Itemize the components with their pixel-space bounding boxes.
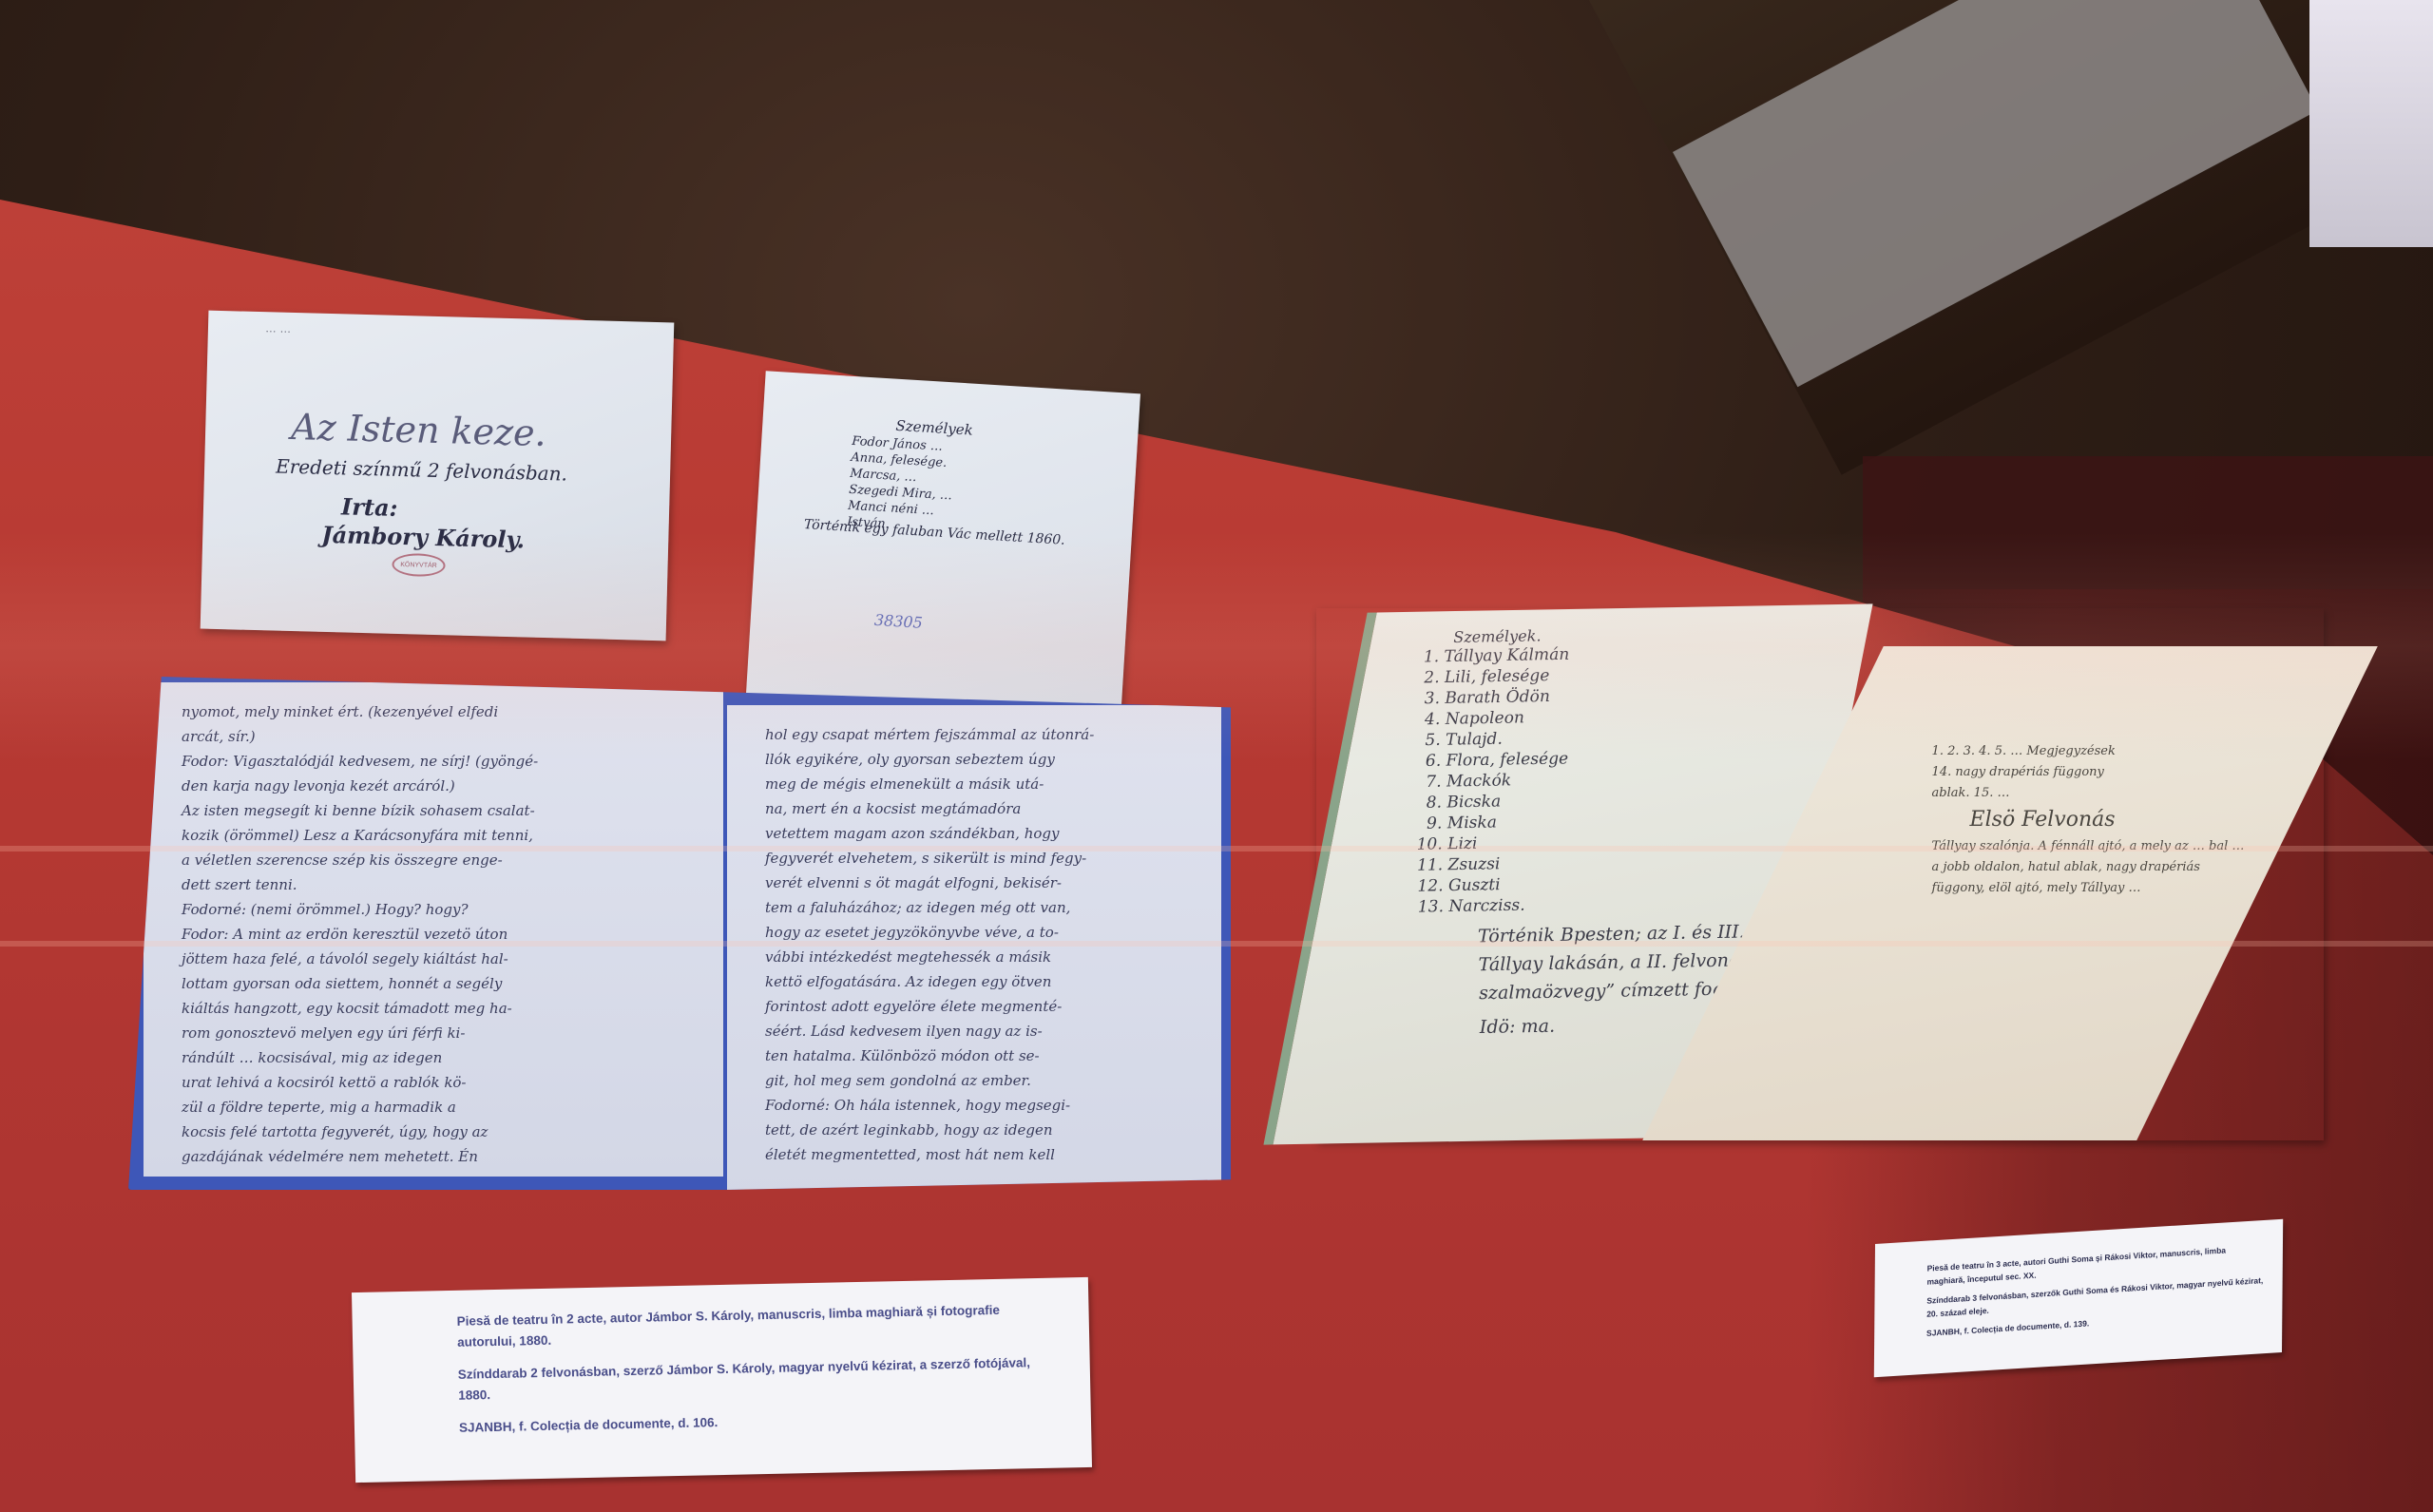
bright-wall-corner <box>2309 0 2433 247</box>
text-line: tem a faluházához; az idegen még ott van… <box>765 895 1183 920</box>
text-line: vetettem magam azon szándékban, hogy <box>765 821 1183 846</box>
corner-note: … … <box>265 321 292 335</box>
text-line: tett, de azért leginkabb, hogy az idegen <box>765 1118 1183 1142</box>
glass-reflection-line <box>0 846 2433 852</box>
text-line: kettö elfogatására. Az idegen egy ötven <box>765 969 1183 994</box>
text-line: Az isten megsegít ki benne bízik sohasem… <box>182 798 685 823</box>
text-line: ten hatalma. Különbözö módon ott se- <box>765 1043 1183 1068</box>
glass-reflection <box>0 532 2433 760</box>
text-line: életét megmentetted, most hát nem kell <box>765 1142 1183 1167</box>
exhibit-label-left: Piesă de teatru în 2 acte, autor Jámbor … <box>352 1277 1092 1483</box>
manuscript-subtitle: Eredeti színmű 2 felvonásban. <box>276 455 567 486</box>
text-line: kiáltás hangzott, egy kocsit támadott me… <box>182 996 685 1021</box>
text-line: gazdájának védelmére nem mehetett. Én <box>182 1144 685 1169</box>
label-hungarian: Színddarab 2 felvonásban, szerző Jámbor … <box>458 1352 1053 1407</box>
label-reference: SJANBH, f. Colecția de documente, d. 106… <box>459 1406 1053 1439</box>
exhibit-label-right: Piesă de teatru în 3 acte, autori Guthi … <box>1874 1219 2283 1378</box>
text-line: Fodorné: Oh hála istennek, hogy megsegi- <box>765 1093 1183 1118</box>
text-line: git, hol meg sem gondolná az ember. <box>765 1068 1183 1093</box>
text-line: kozik (örömmel) Lesz a Karácsonyfára mit… <box>182 823 685 848</box>
text-line: kocsis felé tartotta fegyverét, úgy, hog… <box>182 1120 685 1144</box>
text-line: rom gonosztevö melyen egy úri férfi ki- <box>182 1021 685 1045</box>
text-line: zül a földre teperte, mig a harmadik a <box>182 1095 685 1120</box>
stage-note: ablak. 15. … <box>1932 783 2255 804</box>
text-line: verét elvenni s öt magát elfogni, bekisé… <box>765 871 1183 895</box>
text-line: vábbi intézkedést megtehessék a másik <box>765 945 1183 969</box>
text-line: séért. Lásd kedvesem ilyen nagy az is- <box>765 1019 1183 1043</box>
text-line: meg de mégis elmenekült a másik utá- <box>765 772 1183 796</box>
text-line: lottam gyorsan oda siettem, honnét a seg… <box>182 971 685 996</box>
by-label: Irta: <box>341 492 398 522</box>
text-line: den karja nagy levonja kezét arcáról.) <box>182 774 685 798</box>
notebook-right-page: hol egy csapat mértem fejszámmal az úton… <box>727 705 1221 1199</box>
text-line: rándúlt … kocsisával, mig az idegen <box>182 1045 685 1070</box>
text-line: jöttem haza felé, a távolól segely kiált… <box>182 947 685 971</box>
label-romanian: Piesă de teatru în 2 acte, autor Jámbor … <box>456 1299 1051 1353</box>
text-line: Fodorné: (nemi örömmel.) Hogy? hogy? <box>182 897 685 922</box>
stage-note: 14. nagy drapériás függony <box>1932 762 2255 783</box>
manuscript-title: Az Isten keze. <box>291 406 547 454</box>
cast-heading: Személyek <box>895 417 973 439</box>
text-line: dett szert tenni. <box>182 872 685 897</box>
text-line: na, mert én a kocsist megtámadóra <box>765 796 1183 821</box>
text-line: urat lehivá a kocsiról kettö a rablók kö… <box>182 1070 685 1095</box>
text-line: forintost adott egyelöre élete megmenté- <box>765 994 1183 1019</box>
glass-reflection-line <box>0 941 2433 947</box>
act-heading: Elsö Felvonás <box>1970 810 2255 831</box>
